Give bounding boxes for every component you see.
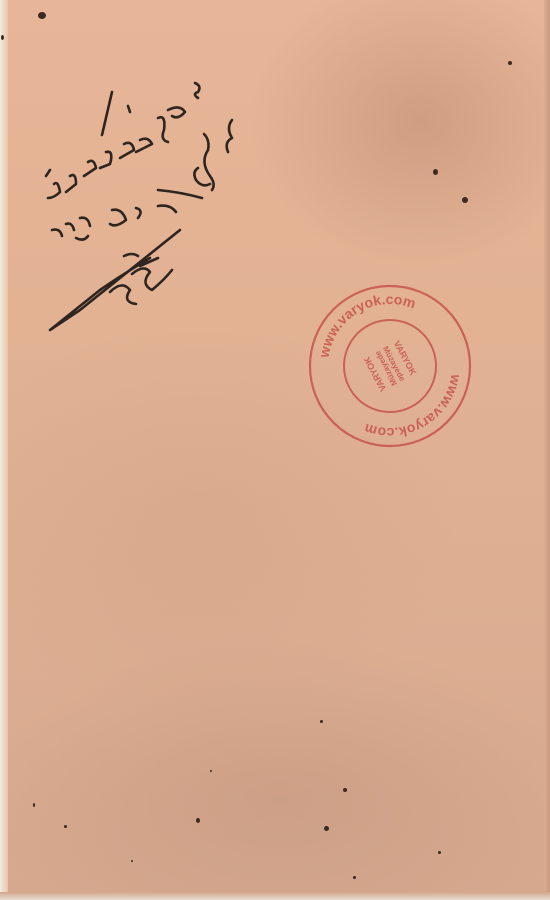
ink-spot — [33, 803, 35, 807]
paper-bottom-edge — [0, 892, 550, 900]
ink-spot — [1, 35, 4, 40]
ink-spot — [343, 788, 347, 792]
ink-spot — [353, 876, 356, 879]
ink-spot — [508, 61, 512, 65]
ink-spot — [38, 12, 46, 19]
paper-left-edge — [0, 0, 8, 900]
handwritten-text — [40, 80, 240, 340]
auction-stamp: www.varyok.com www.varyok.com VARYOK Müz… — [305, 282, 475, 450]
paper-right-edge — [544, 0, 550, 900]
ink-spot — [462, 197, 468, 203]
ink-spot — [64, 825, 67, 828]
ink-spot — [131, 860, 133, 862]
paper-document: www.varyok.com www.varyok.com VARYOK Müz… — [0, 0, 550, 900]
ink-spot — [210, 770, 212, 772]
ink-spot — [433, 169, 438, 175]
ink-spot — [320, 720, 323, 723]
ink-spot — [324, 826, 329, 831]
ink-spot — [196, 818, 200, 823]
ink-spot — [438, 851, 441, 854]
